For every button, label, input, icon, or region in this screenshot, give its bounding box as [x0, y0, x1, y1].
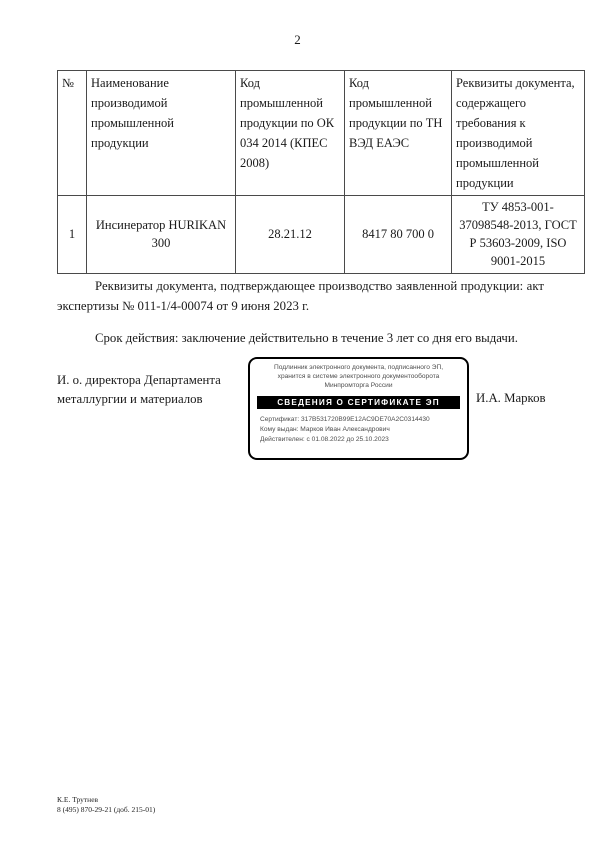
cell-requisites: ТУ 4853-001-37098548-2013, ГОСТ Р 53603-…: [452, 196, 585, 274]
stamp-description-line2: хранится в системе электронного документ…: [258, 373, 459, 382]
stamp-description: Подлинник электронного документа, подпис…: [258, 364, 459, 391]
stamp-description-line1: Подлинник электронного документа, подпис…: [258, 364, 459, 373]
stamp-certificate-details: Сертификат: 317B531720B99E12AC9DE70A2C03…: [260, 415, 461, 445]
footer-contact-name: К.Е. Трутнев: [57, 795, 155, 805]
stamp-description-line3: Минпромторга России: [258, 382, 459, 391]
header-cell-code-ok: Код промышленной продукции по ОК 034 201…: [236, 71, 345, 196]
signer-position-line2: металлургии и материалов: [57, 390, 242, 409]
cell-code-ok: 28.21.12: [236, 196, 345, 274]
stamp-valid-period: Действителен: с 01.08.2022 до 25.10.2023: [260, 435, 461, 445]
paragraph-document-requisites: Реквизиты документа, подтверждающее прои…: [57, 277, 544, 317]
header-cell-code-tnved: Код промышленной продукции по ТН ВЭД ЕАЭ…: [345, 71, 452, 196]
paragraph-validity-period: Срок действия: заключение действительно …: [57, 329, 544, 349]
page-number: 2: [0, 32, 595, 48]
signer-name: И.А. Марков: [476, 391, 546, 406]
cell-row-number: 1: [58, 196, 87, 274]
cell-product-name: Инсинератор HURIKAN 300: [87, 196, 236, 274]
cell-code-tnved: 8417 80 700 0: [345, 196, 452, 274]
stamp-issued-to: Кому выдан: Марков Иван Александрович: [260, 425, 461, 435]
footer-contact: К.Е. Трутнев 8 (495) 870-29-21 (доб. 215…: [57, 795, 155, 815]
product-table: № Наименование производимой промышленной…: [57, 70, 585, 274]
product-table-header: № Наименование производимой промышленной…: [58, 71, 585, 196]
document-page: 2 № Наименование производимой промышленн…: [0, 0, 595, 842]
header-cell-number: №: [58, 71, 87, 196]
signer-position: И. о. директора Департамента металлургии…: [57, 371, 242, 408]
product-table-body: 1 Инсинератор HURIKAN 300 28.21.12 8417 …: [58, 196, 585, 274]
footer-contact-phone: 8 (495) 870-29-21 (доб. 215-01): [57, 805, 155, 815]
header-cell-requisites: Реквизиты документа, содержащего требова…: [452, 71, 585, 196]
signer-position-line1: И. о. директора Департамента: [57, 371, 242, 390]
table-header-row: № Наименование производимой промышленной…: [58, 71, 585, 196]
electronic-signature-stamp: Подлинник электронного документа, подпис…: [248, 357, 469, 460]
header-cell-product-name: Наименование производимой промышленной п…: [87, 71, 236, 196]
stamp-certificate-banner: СВЕДЕНИЯ О СЕРТИФИКАТЕ ЭП: [257, 396, 460, 410]
stamp-certificate-number: Сертификат: 317B531720B99E12AC9DE70A2C03…: [260, 415, 461, 425]
table-row: 1 Инсинератор HURIKAN 300 28.21.12 8417 …: [58, 196, 585, 274]
